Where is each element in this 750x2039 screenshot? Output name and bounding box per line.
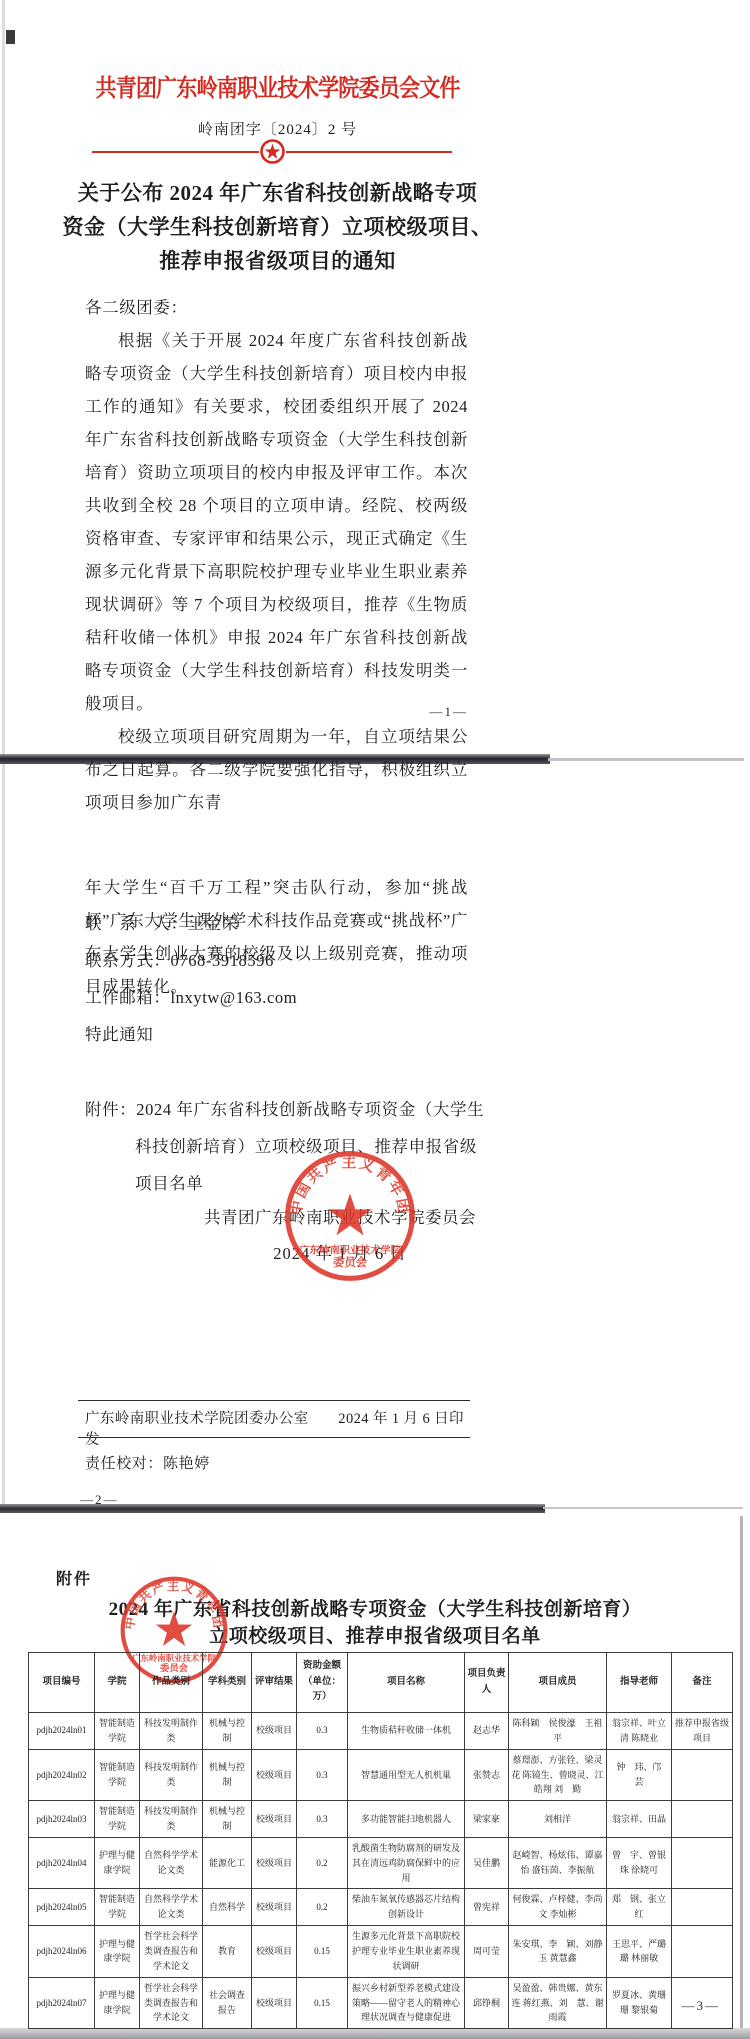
table-cell: 自然科学学术论文类: [140, 1889, 203, 1926]
table-cell: 吴佳鹏: [465, 1837, 509, 1889]
table-row: pdjh2024ln01智能制造学院科技发明制作类机械与控制校级项目0.3生物质…: [29, 1713, 733, 1750]
seal-star-icon: [328, 1193, 372, 1235]
table-cell: 曾宪祥: [465, 1889, 509, 1926]
table-cell: 钟 玮、邝 芸: [607, 1749, 672, 1801]
table-cell: 推荐申报省级项目: [672, 1713, 733, 1750]
issue-rule-bottom: [78, 1437, 470, 1438]
column-header: 指导老师: [607, 1653, 672, 1713]
column-header: 项目编号: [29, 1653, 95, 1713]
notice-title-line3: 推荐申报省级项目的通知: [0, 244, 555, 278]
table-cell: 教育: [203, 1926, 252, 1978]
body-paragraph-1: 根据《关于开展 2024 年度广东省科技创新战略专项资金（大学生科技创新培育）项…: [85, 324, 468, 720]
table-cell: pdjh2024ln05: [29, 1889, 95, 1926]
salutation: 各二级团委：: [85, 291, 468, 324]
table-cell: 科技发明制作类: [140, 1713, 203, 1750]
table-cell: 振兴乡村新型养老模式建设策略——留守老人的精神心理状况调查与健康促进: [348, 1977, 465, 2029]
table-cell: 曾 宇、曾银珠 徐晓可: [607, 1837, 672, 1889]
contact-phone: 联系方式：0768-3918596: [85, 947, 274, 971]
column-header: 评审结果: [252, 1653, 297, 1713]
seal-org-line2: 委员会: [333, 1255, 368, 1269]
issue-info: 广东岭南职业技术学院团委办公室 2024 年 1 月 6 日印发: [85, 1407, 465, 1449]
table-cell: [672, 1749, 733, 1801]
attachment-title-line2: 立项校级项目、推荐申报省级项目名单: [0, 1621, 750, 1648]
column-header: 学院: [95, 1653, 140, 1713]
table-cell: 社会调查报告: [203, 1977, 252, 2029]
attachment-title-line1: 2024 年广东省科技创新战略专项资金（大学生科技创新培育）: [0, 1594, 750, 1621]
notice-title-line1: 关于公布 2024 年广东省科技创新战略专项: [0, 176, 555, 210]
page-number-3: —3—: [600, 1998, 720, 2014]
attachment-label: 附件: [56, 1566, 92, 1589]
scan-artifact: [6, 30, 15, 44]
table-cell: 校级项目: [252, 1713, 297, 1750]
table-cell: 智能制造学院: [95, 1801, 140, 1838]
table-cell: pdjh2024ln02: [29, 1749, 95, 1801]
attachment-reference-line3: 项目名单: [135, 1170, 203, 1194]
table-cell: 自然科学学术论文类: [140, 1837, 203, 1889]
table-cell: pdjh2024ln04: [29, 1837, 95, 1889]
projects-table-body: pdjh2024ln01智能制造学院科技发明制作类机械与控制校级项目0.3生物质…: [29, 1713, 733, 2029]
table-cell: 0.15: [297, 1926, 348, 1978]
attachment-reference-line1: 附件：2024 年广东省科技创新战略专项资金（大学生: [85, 1096, 484, 1120]
column-header: 项目名称: [348, 1653, 465, 1713]
star-emblem-icon: [259, 138, 286, 165]
table-cell: 梁家豪: [465, 1801, 509, 1838]
table-cell: 多功能智能扫地机器人: [348, 1801, 465, 1838]
notice-body-page1: 各二级团委： 根据《关于开展 2024 年度广东省科技创新战略专项资金（大学生科…: [85, 291, 468, 819]
projects-table-head-row: 项目编号学院作品类别学科类别评审结果资助金额（单位：万）项目名称项目负责人项目成…: [29, 1653, 733, 1713]
table-cell: 生物质秸秆收储一体机: [348, 1713, 465, 1750]
table-cell: [672, 1926, 733, 1978]
table-cell: 校级项目: [252, 1749, 297, 1801]
seal-org-line1: 广东岭南职业技术学院: [299, 1243, 402, 1256]
table-cell: 0.15: [297, 1977, 348, 2029]
table-row: pdjh2024ln04护理与健康学院自然科学学术论文类能源化工校级项目0.2乳…: [29, 1837, 733, 1889]
table-cell: 智能制造学院: [95, 1713, 140, 1750]
table-cell: 蔡璟澎、方张铨、梁灵花 陈镜生、曾晓灵、江皓翔 刘 勤: [509, 1749, 607, 1801]
table-cell: 翁宗祥、田晶: [607, 1801, 672, 1838]
table-cell: 科技发明制作类: [140, 1749, 203, 1801]
table-cell: 校级项目: [252, 1889, 297, 1926]
table-cell: 智能制造学院: [95, 1889, 140, 1926]
column-header: 作品类别: [140, 1653, 203, 1713]
table-cell: 0.2: [297, 1837, 348, 1889]
table-cell: 智慧通用型无人机机巢: [348, 1749, 465, 1801]
projects-table: 项目编号学院作品类别学科类别评审结果资助金额（单位：万）项目名称项目负责人项目成…: [28, 1652, 733, 2029]
table-cell: 朱安琪、李 颖、刘静玉 黄慧鑫: [509, 1926, 607, 1978]
scanned-document: { "colors": {"header_red": "#d5281f", "s…: [0, 0, 750, 2039]
table-cell: 周可莹: [465, 1926, 509, 1978]
table-cell: 王思平、严璐璐 林丽敏: [607, 1926, 672, 1978]
table-cell: 护理与健康学院: [95, 1926, 140, 1978]
table-cell: 机械与控制: [203, 1713, 252, 1750]
body-paragraph-2: 校级立项项目研究周期为一年，自立项结果公布之日起算。各二级学院要强化指导，积极组…: [85, 720, 468, 819]
table-cell: 赵志华: [465, 1713, 509, 1750]
column-header: 项目成员: [509, 1653, 607, 1713]
table-cell: 校级项目: [252, 1837, 297, 1889]
table-cell: 机械与控制: [203, 1749, 252, 1801]
table-row: pdjh2024ln06护理与健康学院哲学社会科学类调查报告和学术论文教育校级项…: [29, 1926, 733, 1978]
page-separator-2-light: [543, 1507, 743, 1509]
table-cell: pdjh2024ln07: [29, 1977, 95, 2029]
column-header: 学科类别: [203, 1653, 252, 1713]
table-row: pdjh2024ln02智能制造学院科技发明制作类机械与控制校级项目0.3智慧通…: [29, 1749, 733, 1801]
table-cell: 护理与健康学院: [95, 1977, 140, 2029]
table-cell: [672, 1801, 733, 1838]
table-cell: 护理与健康学院: [95, 1837, 140, 1889]
page3-bottom-edge: [0, 2028, 750, 2039]
notice-title: 关于公布 2024 年广东省科技创新战略专项 资金（大学生科技创新培育）立项校级…: [0, 176, 555, 278]
red-header-title: 共青团广东岭南职业技术学院委员会文件: [33, 68, 521, 103]
table-cell: 0.3: [297, 1801, 348, 1838]
table-cell: 赵崎智、杨炫伟、谭嘉怡 盛钰茵、李振航: [509, 1837, 607, 1889]
table-cell: 哲学社会科学类调查报告和学术论文: [140, 1926, 203, 1978]
document-number: 岭南团字〔2024〕2 号: [0, 118, 555, 139]
table-cell: 机械与控制: [203, 1801, 252, 1838]
column-header: 项目负责人: [465, 1653, 509, 1713]
table-cell: 陈科颖 侯俊濠 王祖平: [509, 1713, 607, 1750]
table-cell: pdjh2024ln06: [29, 1926, 95, 1978]
table-cell: 能源化工: [203, 1837, 252, 1889]
table-cell: 校级项目: [252, 1926, 297, 1978]
table-cell: 0.3: [297, 1749, 348, 1801]
table-cell: 张赞志: [465, 1749, 509, 1801]
seal-star-icon: [156, 1611, 192, 1646]
proofreader-line: 责任校对：陈艳婷: [85, 1452, 210, 1473]
page-separator-1-light: [548, 758, 744, 761]
table-row: pdjh2024ln05智能制造学院自然科学学术论文类自然科学校级项目0.2柴油…: [29, 1889, 733, 1926]
contact-person: 联 系 人：王金荣: [85, 910, 239, 934]
table-cell: pdjh2024ln03: [29, 1801, 95, 1838]
column-header: 备注: [672, 1653, 733, 1713]
notice-title-line2: 资金（大学生科技创新培育）立项校级项目、: [0, 210, 555, 244]
table-cell: 翁宗祥、叶立清 陈晓业: [607, 1713, 672, 1750]
table-cell: 柴油车氮氧传感器芯片结构创新设计: [348, 1889, 465, 1926]
table-cell: 乳酸菌生物防腐剂的研发及其在清远鸡防腐保鲜中的应用: [348, 1837, 465, 1889]
column-header: 资助金额（单位：万）: [297, 1653, 348, 1713]
page-number-1: —1—: [85, 704, 468, 720]
table-cell: 郑 钢、张立红: [607, 1889, 672, 1926]
table-row: pdjh2024ln03智能制造学院科技发明制作类机械与控制校级项目0.3多功能…: [29, 1801, 733, 1838]
issue-rule-top: [78, 1400, 470, 1401]
official-seal: 中国共产主义青年团 广东岭南职业技术学院 委员会: [282, 1148, 418, 1289]
table-cell: 刘相洋: [509, 1801, 607, 1838]
table-cell: 生源多元化背景下高职院校护理专业毕业生职业素养现状调研: [348, 1926, 465, 1978]
table-cell: 科技发明制作类: [140, 1801, 203, 1838]
notice-closing: 特此通知: [85, 1021, 153, 1045]
table-cell: 何俊霖、卢梓健、李尚文 李灿彬: [509, 1889, 607, 1926]
table-cell: 0.2: [297, 1889, 348, 1926]
table-cell: 自然科学: [203, 1889, 252, 1926]
table-cell: 吴盈盈、韩贵娜、黄东连 蒋红燕、刘 慧、谢雨霞: [509, 1977, 607, 2029]
table-cell: 智能制造学院: [95, 1749, 140, 1801]
table-cell: 校级项目: [252, 1977, 297, 2029]
page-number-2: —2—: [80, 1492, 119, 1508]
table-cell: 0.3: [297, 1713, 348, 1750]
contact-email: 工作邮箱：lnxytw@163.com: [85, 984, 297, 1008]
table-cell: pdjh2024ln01: [29, 1713, 95, 1750]
table-cell: 邱铮桐: [465, 1977, 509, 2029]
table-cell: [672, 1889, 733, 1926]
table-cell: 校级项目: [252, 1801, 297, 1838]
table-cell: [672, 1837, 733, 1889]
table-cell: 哲学社会科学类调查报告和学术论文: [140, 1977, 203, 2029]
